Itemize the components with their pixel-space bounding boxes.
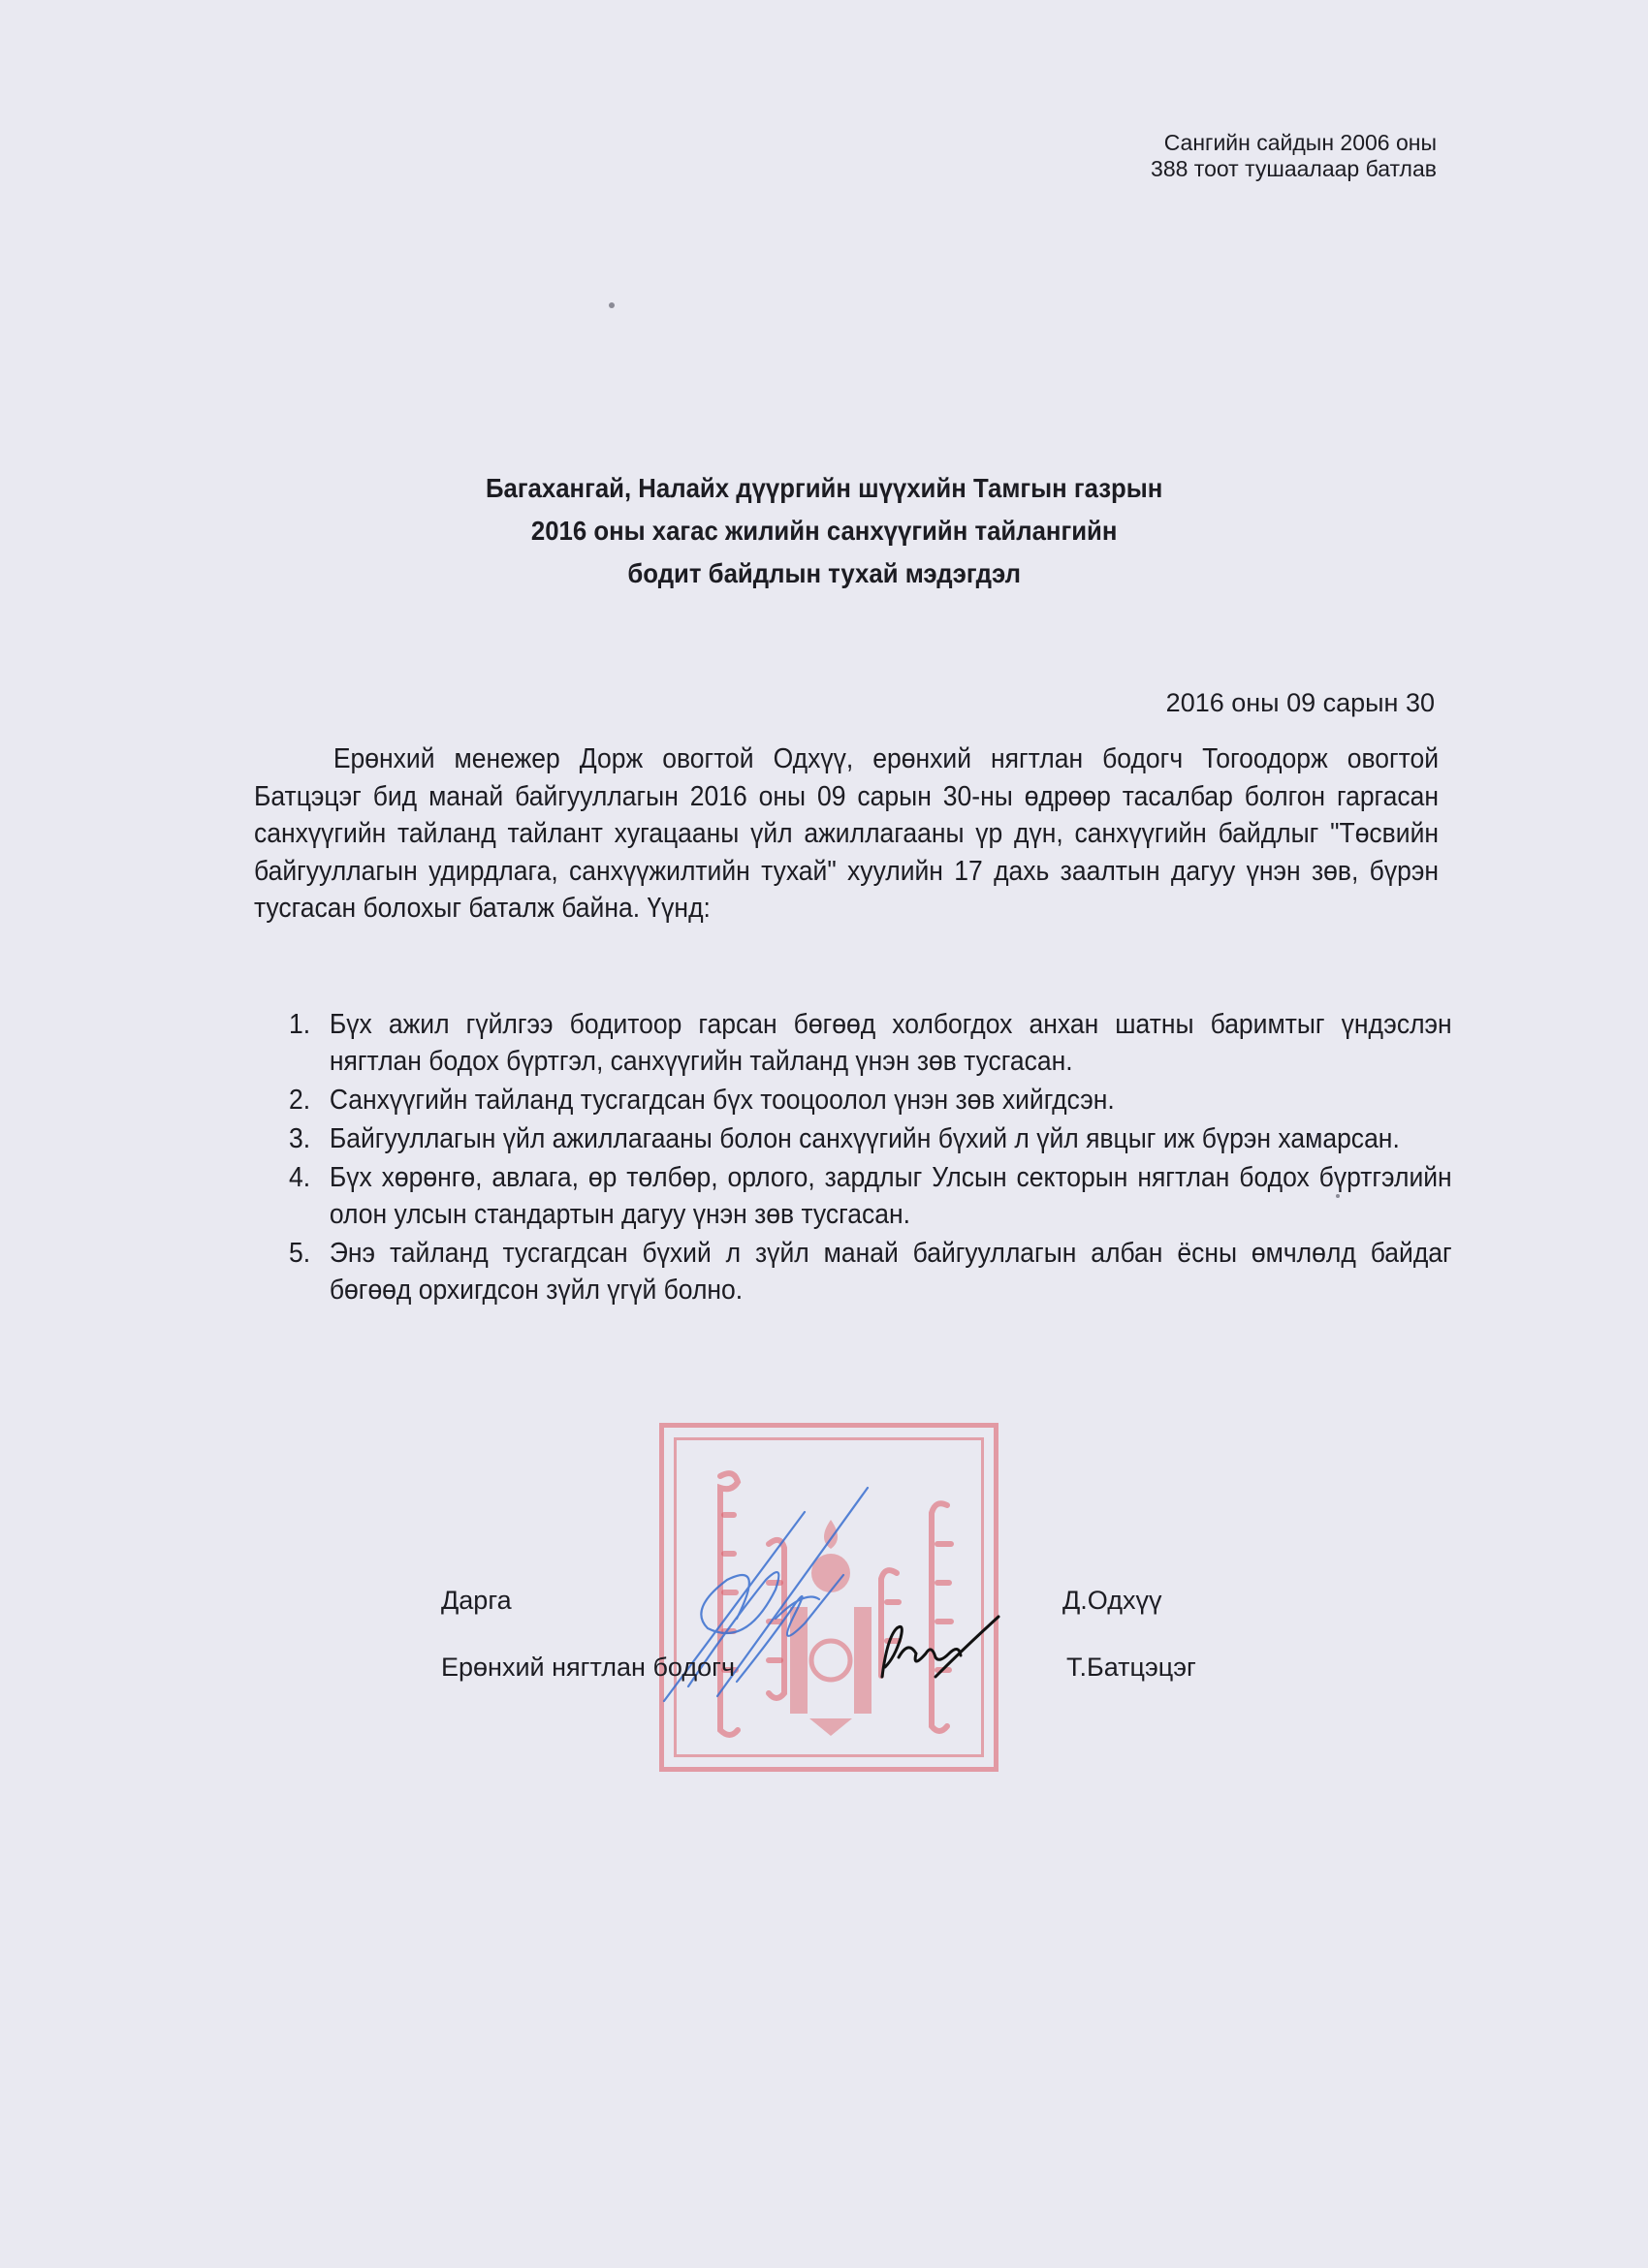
- approval-note-line-2: 388 тоот тушаалаар батлав: [1151, 156, 1437, 182]
- list-item-text: Бүх хөрөнгө, авлага, өр төлбөр, орлого, …: [330, 1162, 1452, 1230]
- statement-list: 1. Бүх ажил гүйлгээ бодитоор гарсан бөгө…: [289, 1006, 1452, 1310]
- signature-name-accountant: Т.Батцэцэг: [1066, 1653, 1196, 1683]
- approval-note-line-1: Сангийн сайдын 2006 оны: [1151, 130, 1437, 156]
- list-item: 3. Байгууллагын үйл ажиллагааны болон са…: [289, 1120, 1452, 1157]
- document-date: 2016 оны 09 сарын 30: [1166, 688, 1435, 718]
- list-item: 5. Энэ тайланд тусгагдсан бүхий л зүйл м…: [289, 1235, 1452, 1308]
- list-item-number: 2.: [289, 1082, 310, 1118]
- list-item: 1. Бүх ажил гүйлгээ бодитоор гарсан бөгө…: [289, 1006, 1452, 1080]
- list-item-number: 4.: [289, 1159, 310, 1196]
- list-item-number: 5.: [289, 1235, 310, 1272]
- intro-paragraph: Ерөнхий менежер Дорж овогтой Одхүү, ерөн…: [254, 740, 1439, 928]
- signature-name-head: Д.Одхүү: [1062, 1586, 1161, 1616]
- list-item-number: 1.: [289, 1006, 310, 1043]
- document-page: Сангийн сайдын 2006 оны 388 тоот тушаала…: [0, 0, 1648, 2268]
- approval-note: Сангийн сайдын 2006 оны 388 тоот тушаала…: [1151, 130, 1437, 182]
- signature-title-head: Дарга: [441, 1586, 512, 1616]
- title-line-1: Багахангай, Налайх дүүргийн шүүхийн Тамг…: [66, 467, 1582, 510]
- title-line-2: 2016 оны хагас жилийн санхүүгийн тайланг…: [66, 510, 1582, 552]
- list-item: 4. Бүх хөрөнгө, авлага, өр төлбөр, орлог…: [289, 1159, 1452, 1233]
- scan-speck: [609, 302, 615, 308]
- list-item-text: Санхүүгийн тайланд тусгагдсан бүх тооцоо…: [330, 1085, 1115, 1116]
- list-item: 2. Санхүүгийн тайланд тусгагдсан бүх тоо…: [289, 1082, 1452, 1118]
- list-item-text: Энэ тайланд тусгагдсан бүхий л зүйл мана…: [330, 1238, 1452, 1306]
- list-item-number: 3.: [289, 1120, 310, 1157]
- list-item-text: Бүх ажил гүйлгээ бодитоор гарсан бөгөөд …: [330, 1009, 1452, 1077]
- signature-title-accountant: Ерөнхий нягтлан бодогч: [441, 1653, 735, 1683]
- list-item-text: Байгууллагын үйл ажиллагааны болон санхү…: [330, 1123, 1400, 1154]
- title-line-3: бодит байдлын тухай мэдэгдэл: [66, 552, 1582, 595]
- accountant-signature-icon: [877, 1609, 1003, 1686]
- document-title: Багахангай, Налайх дүүргийн шүүхийн Тамг…: [66, 467, 1582, 595]
